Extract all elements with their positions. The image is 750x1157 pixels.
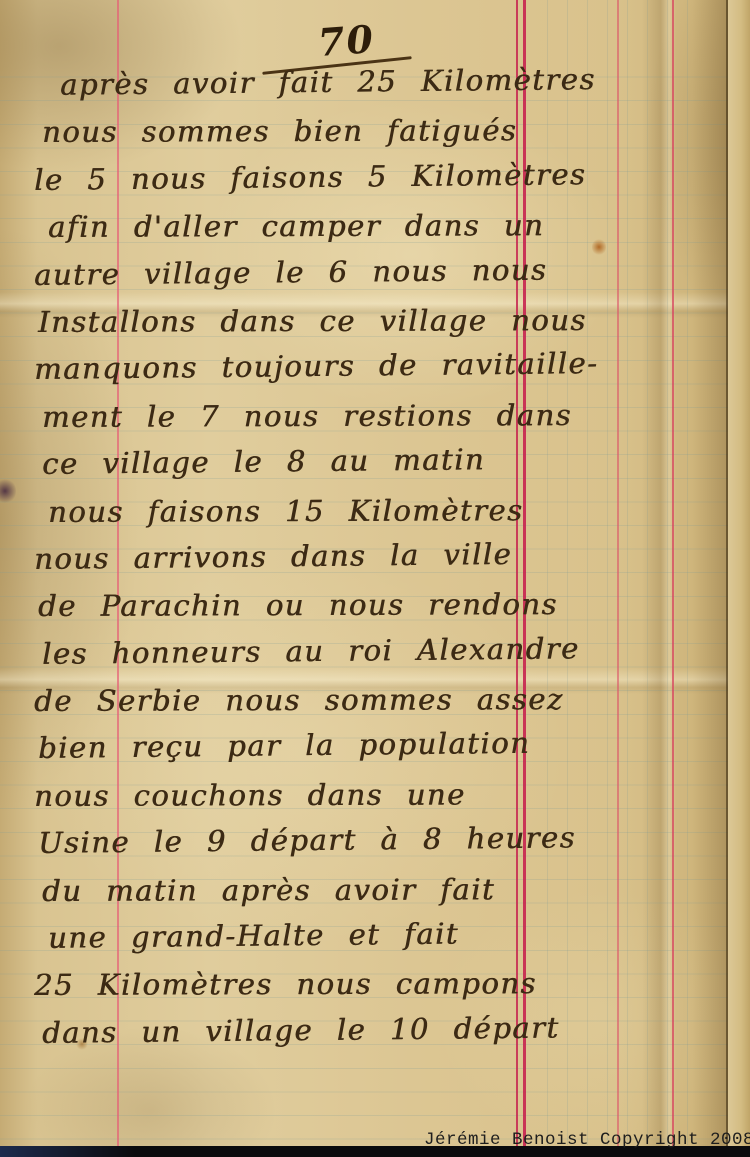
handwritten-line: bien reçu par la population bbox=[34, 718, 734, 773]
handwritten-line: nous arrivons dans la ville bbox=[34, 529, 734, 584]
handwritten-line: nous faisons 15 Kilomètres bbox=[34, 486, 734, 536]
handwritten-line: Usine le 9 départ à 8 heures bbox=[34, 813, 734, 868]
handwritten-line: après avoir fait 25 Kilomètres bbox=[34, 55, 734, 110]
handwritten-line: autre village le 6 nous nous bbox=[34, 244, 734, 299]
watermark-text: Jérémie Benoist Copyright 2008 bbox=[424, 1130, 750, 1150]
handwritten-line: manquons toujours de ravitaille- bbox=[34, 339, 734, 394]
handwritten-line: 25 Kilomètres nous campons bbox=[34, 960, 734, 1010]
manuscript-lines: après avoir fait 25 Kilomètresnous somme… bbox=[34, 62, 734, 1057]
handwritten-line: nous sommes bien fatigués bbox=[34, 107, 734, 157]
handwritten-line: ce village le 8 au matin bbox=[34, 434, 734, 489]
handwritten-line: une grand-Halte et fait bbox=[34, 908, 734, 963]
handwritten-line: le 5 nous faisons 5 Kilomètres bbox=[34, 149, 734, 204]
handwritten-line: les honneurs au roi Alexandre bbox=[34, 623, 734, 678]
diary-page-scan: 70 après avoir fait 25 Kilomètresnous so… bbox=[0, 0, 750, 1157]
handwritten-line: ment le 7 nous restions dans bbox=[34, 391, 734, 441]
handwritten-line: afin d'aller camper dans un bbox=[34, 202, 734, 252]
handwritten-line: de Parachin ou nous rendons bbox=[34, 581, 734, 631]
handwritten-line: du matin après avoir fait bbox=[34, 865, 734, 915]
handwritten-line: dans un village le 10 départ bbox=[34, 1002, 734, 1057]
